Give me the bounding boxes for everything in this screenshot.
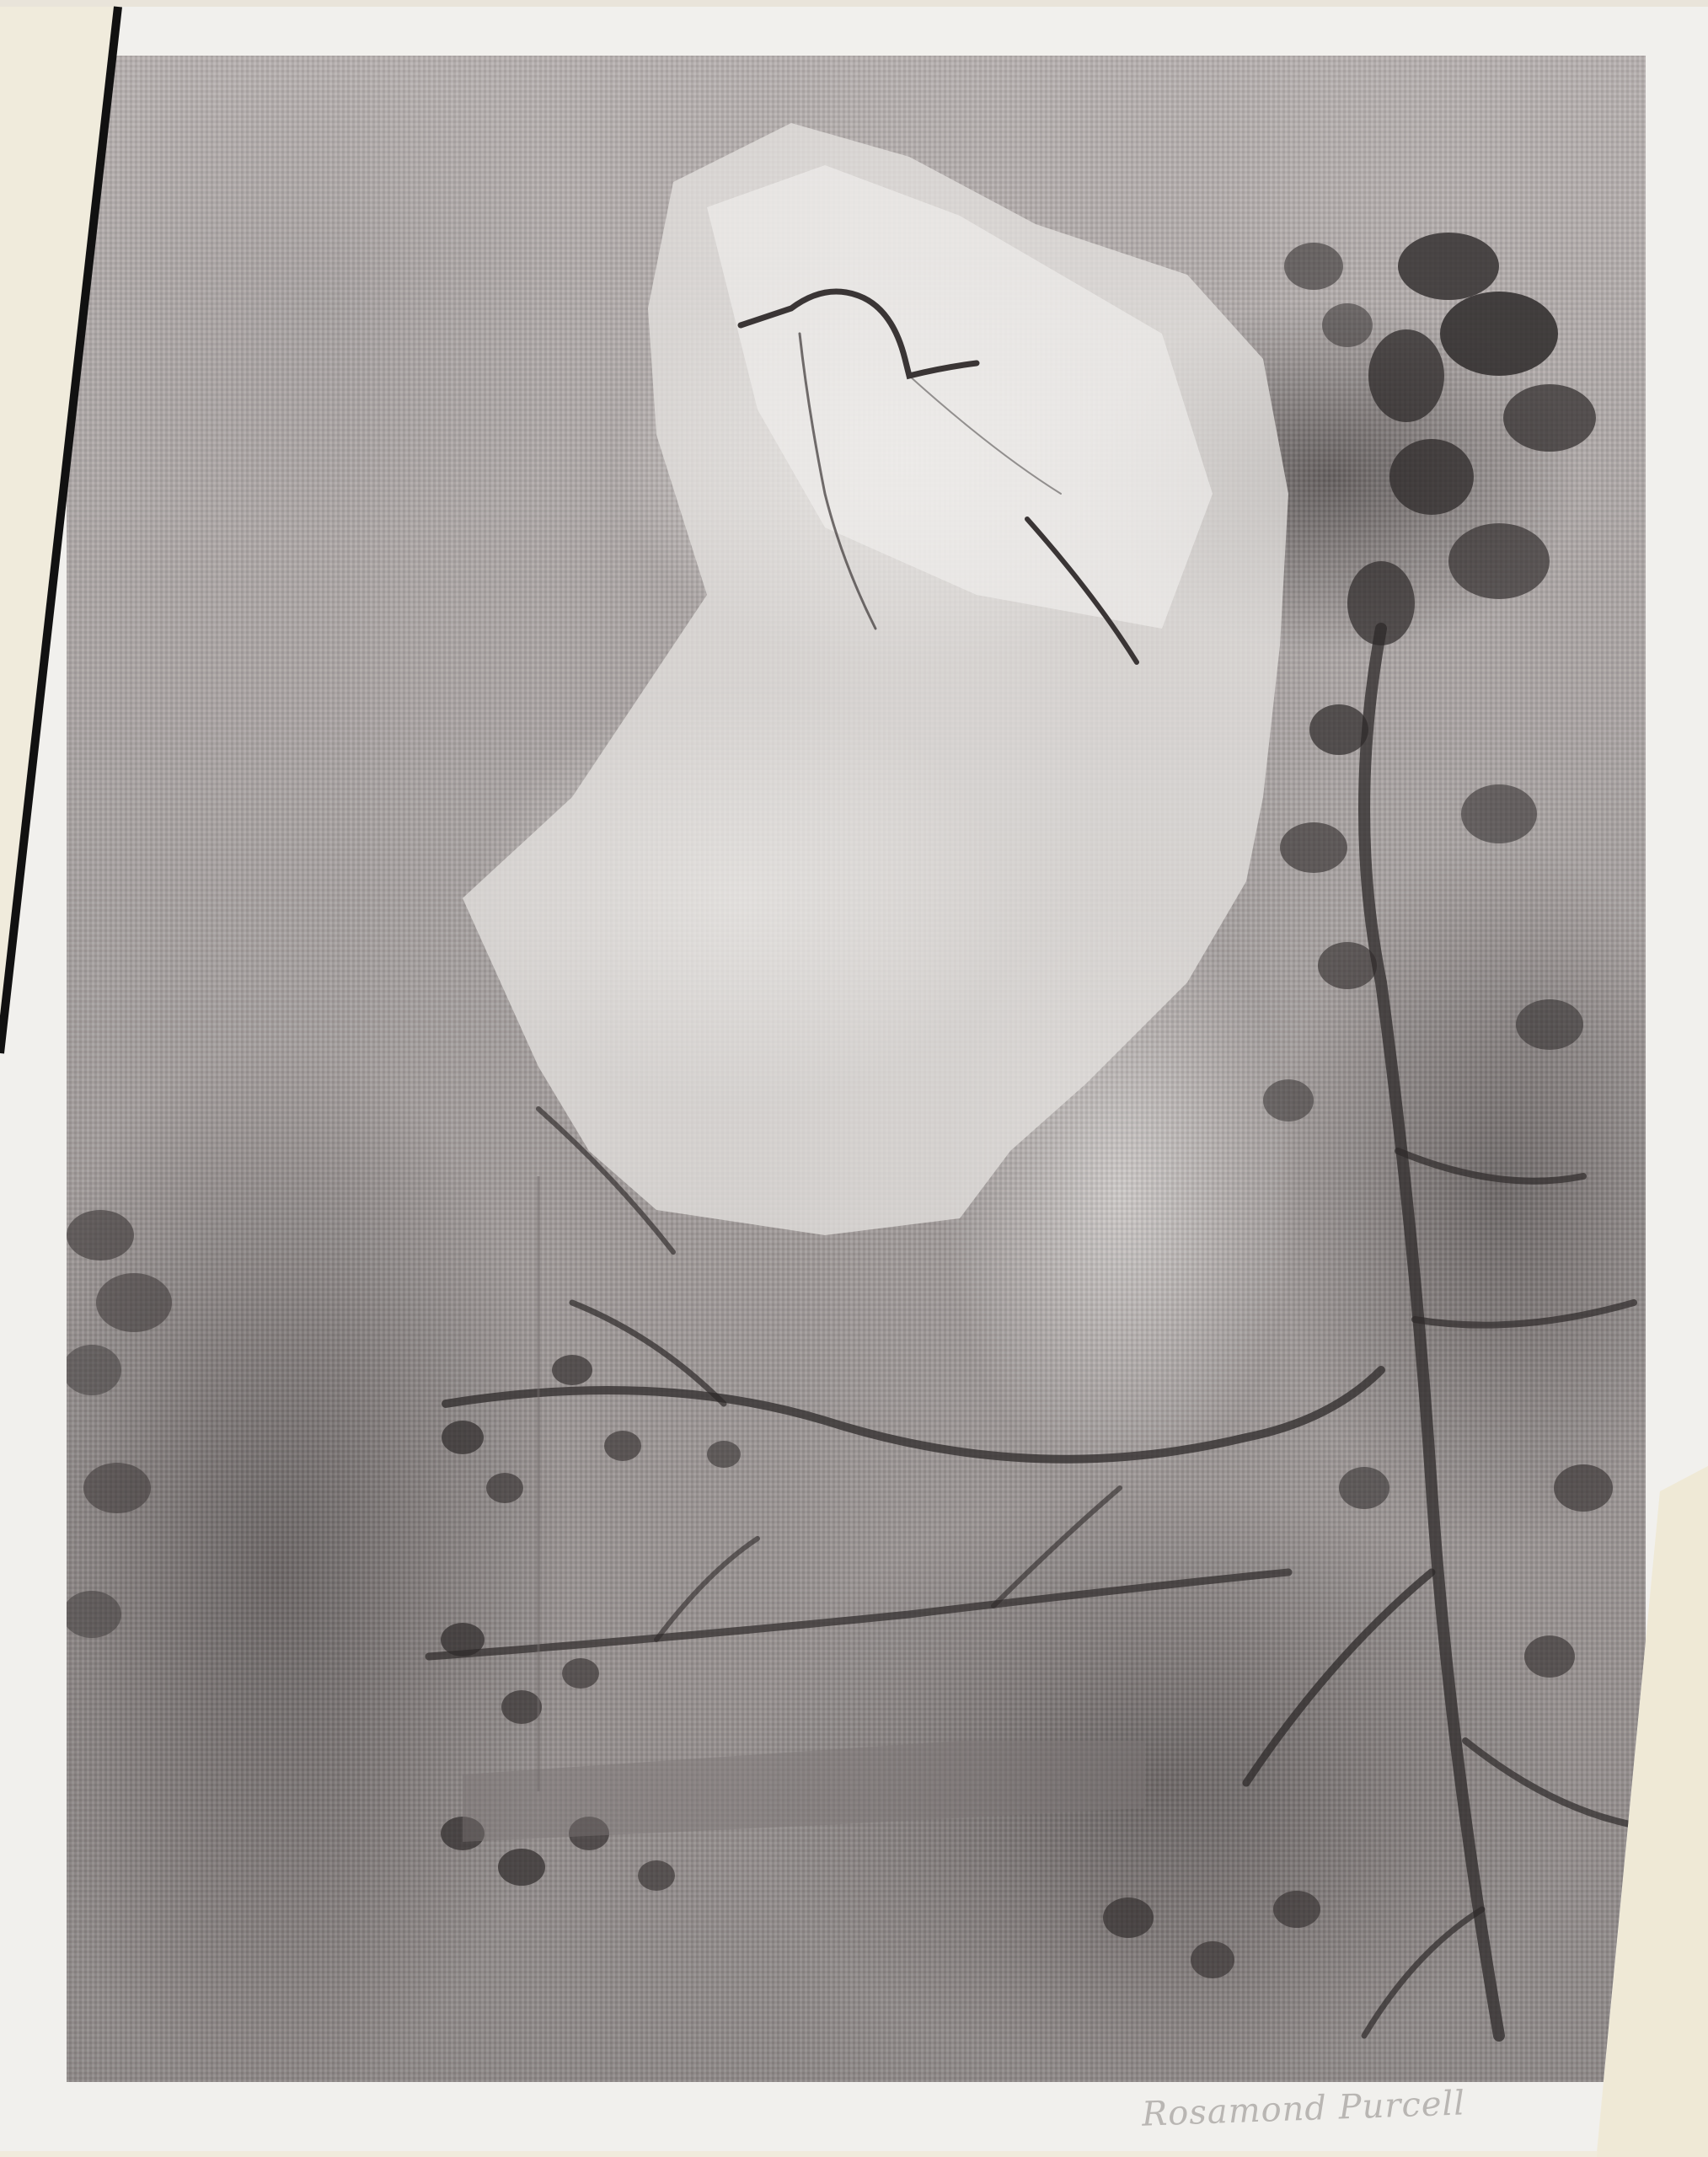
painting-artwork	[67, 56, 1646, 2082]
photographic-print: Rosamond Purcell	[0, 0, 1708, 2157]
mended-patch-lower	[463, 1741, 1145, 1842]
foliage-left	[67, 1210, 172, 1638]
mount-board-top-edge	[0, 0, 1708, 7]
foliage-top-right	[1284, 233, 1596, 645]
artist-signature: Rosamond Purcell	[1141, 2084, 1465, 2133]
painting-photograph	[67, 56, 1646, 2082]
